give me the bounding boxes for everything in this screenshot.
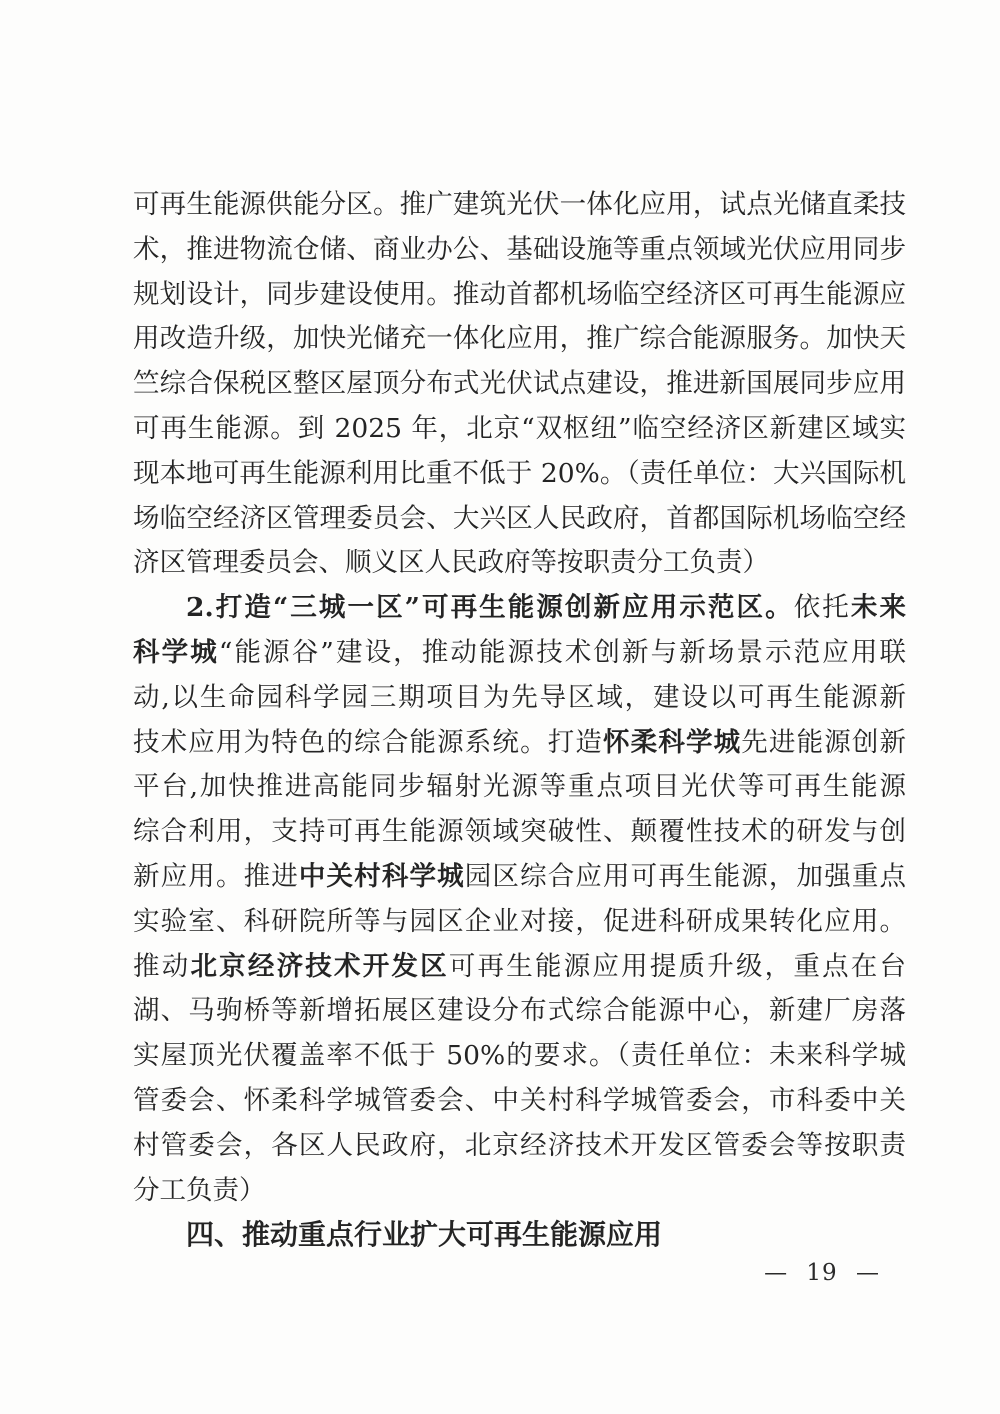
text-run: 湖、马驹桥等新增拓展区建设分布式综合能源中心，新建厂房落 bbox=[133, 995, 906, 1026]
text-line: 场临空经济区管理委员会、大兴区人民政府，首都国际机场临空经 bbox=[133, 497, 906, 542]
document-body: 可再生能源供能分区。推广建筑光伏一体化应用，试点光储直柔技术，推进物流仓储、商业… bbox=[133, 183, 906, 1258]
text-line: 动,以生命园科学园三期项目为先导区域，建设以可再生能源新 bbox=[133, 676, 906, 721]
text-run: 村管委会，各区人民政府，北京经济技术开发区管委会等按职责 bbox=[133, 1130, 906, 1161]
text-run: 新应用。推进 bbox=[133, 861, 299, 892]
text-run: 依托 bbox=[794, 592, 851, 623]
emphasized-text-run: 科学城 bbox=[133, 637, 219, 668]
document-page: 可再生能源供能分区。推广建筑光伏一体化应用，试点光储直柔技术，推进物流仓储、商业… bbox=[0, 0, 1000, 1414]
text-line: 济区管理委员会、顺义区人民政府等按职责分工负责） bbox=[133, 541, 906, 586]
text-line: 现本地可再生能源利用比重不低于 20%。（责任单位：大兴国际机 bbox=[133, 452, 906, 497]
text-run: 先进能源创新 bbox=[741, 727, 906, 758]
text-run: 动,以生命园科学园三期项目为先导区域，建设以可再生能源新 bbox=[133, 682, 906, 713]
emphasized-text-run: 北京经济技术开发区 bbox=[190, 951, 448, 982]
section-heading: 四、推动重点行业扩大可再生能源应用 bbox=[133, 1213, 906, 1258]
text-run: 可再生能源供能分区。推广建筑光伏一体化应用，试点光储直柔技 bbox=[133, 189, 906, 220]
text-line: 2.打造“三城一区”可再生能源创新应用示范区。依托未来 bbox=[133, 586, 906, 631]
page-number: — 19 — bbox=[764, 1260, 880, 1286]
text-line: 综合利用，支持可再生能源领域突破性、颠覆性技术的研发与创 bbox=[133, 810, 906, 855]
text-run: 分工负责） bbox=[133, 1175, 266, 1206]
text-run: 管委会、怀柔科学城管委会、中关村科学城管委会，市科委中关 bbox=[133, 1085, 906, 1116]
text-line: 科学城“能源谷”建设，推动能源技术创新与新场景示范应用联 bbox=[133, 631, 906, 676]
text-run: 场临空经济区管理委员会、大兴区人民政府，首都国际机场临空经 bbox=[133, 503, 906, 534]
text-line: 竺综合保税区整区屋顶分布式光伏试点建设，推进新国展同步应用 bbox=[133, 362, 906, 407]
text-line: 可再生能源。到 2025 年，北京“双枢纽”临空经济区新建区域实 bbox=[133, 407, 906, 452]
text-line: 管委会、怀柔科学城管委会、中关村科学城管委会，市科委中关 bbox=[133, 1079, 906, 1124]
text-run: 平台,加快推进高能同步辐射光源等重点项目光伏等可再生能源 bbox=[133, 771, 906, 802]
text-line: 实验室、科研院所等与园区企业对接，促进科研成果转化应用。 bbox=[133, 900, 906, 945]
text-run: 推动 bbox=[133, 951, 190, 982]
text-run: 现本地可再生能源利用比重不低于 20%。（责任单位：大兴国际机 bbox=[133, 458, 906, 489]
text-line: 湖、马驹桥等新增拓展区建设分布式综合能源中心，新建厂房落 bbox=[133, 989, 906, 1034]
text-line: 规划设计，同步建设使用。推动首都机场临空经济区可再生能源应 bbox=[133, 273, 906, 318]
text-line: 用改造升级，加快光储充一体化应用，推广综合能源服务。加快天 bbox=[133, 317, 906, 362]
text-line: 村管委会，各区人民政府，北京经济技术开发区管委会等按职责 bbox=[133, 1124, 906, 1169]
text-run: 竺综合保税区整区屋顶分布式光伏试点建设，推进新国展同步应用 bbox=[133, 368, 906, 399]
text-line: 实屋顶光伏覆盖率不低于 50%的要求。（责任单位：未来科学城 bbox=[133, 1034, 906, 1079]
text-line: 平台,加快推进高能同步辐射光源等重点项目光伏等可再生能源 bbox=[133, 765, 906, 810]
emphasized-text-run: 2.打造“三城一区”可再生能源创新应用示范区。 bbox=[186, 592, 794, 623]
text-line: 术，推进物流仓储、商业办公、基础设施等重点领域光伏应用同步 bbox=[133, 228, 906, 273]
text-run: 园区综合应用可再生能源，加强重点 bbox=[465, 861, 906, 892]
text-run: 实验室、科研院所等与园区企业对接，促进科研成果转化应用。 bbox=[133, 906, 906, 937]
text-line: 可再生能源供能分区。推广建筑光伏一体化应用，试点光储直柔技 bbox=[133, 183, 906, 228]
text-run: 综合利用，支持可再生能源领域突破性、颠覆性技术的研发与创 bbox=[133, 816, 906, 847]
text-run: 可再生能源。到 2025 年，北京“双枢纽”临空经济区新建区域实 bbox=[133, 413, 906, 444]
text-line: 分工负责） bbox=[133, 1169, 906, 1214]
text-run: 可再生能源应用提质升级，重点在台 bbox=[449, 951, 906, 982]
text-line: 新应用。推进中关村科学城园区综合应用可再生能源，加强重点 bbox=[133, 855, 906, 900]
text-run: 技术应用为特色的综合能源系统。打造 bbox=[133, 727, 603, 758]
emphasized-text-run: 未来 bbox=[851, 592, 906, 623]
emphasized-text-run: 四、推动重点行业扩大可再生能源应用 bbox=[186, 1218, 662, 1251]
text-run: 用改造升级，加快光储充一体化应用，推广综合能源服务。加快天 bbox=[133, 323, 906, 354]
text-line: 推动北京经济技术开发区可再生能源应用提质升级，重点在台 bbox=[133, 945, 906, 990]
text-run: 实屋顶光伏覆盖率不低于 50%的要求。（责任单位：未来科学城 bbox=[133, 1040, 906, 1071]
emphasized-text-run: 怀柔科学城 bbox=[603, 727, 741, 758]
text-line: 技术应用为特色的综合能源系统。打造怀柔科学城先进能源创新 bbox=[133, 721, 906, 766]
text-run: 规划设计，同步建设使用。推动首都机场临空经济区可再生能源应 bbox=[133, 279, 906, 310]
text-run: 济区管理委员会、顺义区人民政府等按职责分工负责） bbox=[133, 547, 769, 578]
text-run: “能源谷”建设，推动能源技术创新与新场景示范应用联 bbox=[219, 637, 906, 668]
emphasized-text-run: 中关村科学城 bbox=[299, 861, 465, 892]
text-run: 术，推进物流仓储、商业办公、基础设施等重点领域光伏应用同步 bbox=[133, 234, 906, 265]
